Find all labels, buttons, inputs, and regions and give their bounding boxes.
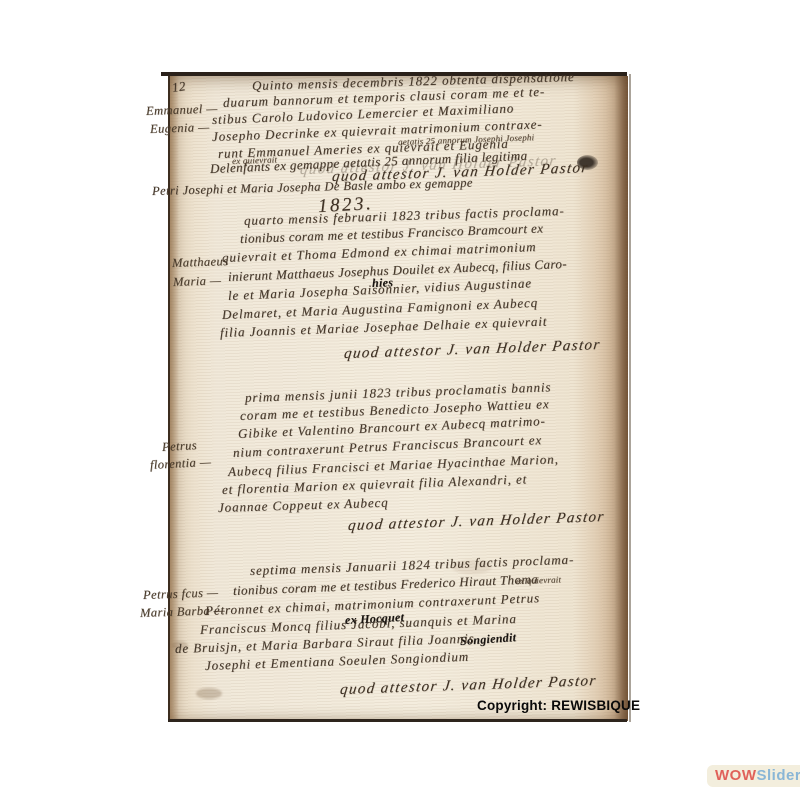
margin-name-bride: Maria — [173, 273, 222, 290]
copyright-watermark: Copyright: REWISBIQUE [477, 698, 640, 713]
page-number: 12 [171, 78, 187, 96]
wowslider-watermark-link[interactable]: WOWSlider [707, 765, 800, 787]
paper-stain [196, 688, 222, 699]
interlinear-note: ex quievrait [516, 574, 561, 586]
wowslider-slider-text: Slider [756, 767, 800, 784]
interlinear-note: ex quievrait [232, 154, 277, 166]
inserted-word: ex Hocquet [345, 610, 405, 628]
margin-name-bride: florentia — [150, 455, 212, 473]
scan-edge-line [629, 74, 631, 722]
page-bottom-edge [168, 719, 627, 722]
margin-name-groom: Petrus [162, 438, 198, 455]
wowslider-wow-text: WOW [715, 767, 756, 784]
margin-name-bride: Eugenia — [150, 120, 210, 137]
margin-name-groom: Matthaeus [172, 254, 229, 271]
margin-name-groom: Emmanuel — [146, 102, 218, 119]
margin-name-groom: Petrus fcus — [143, 585, 219, 603]
overwritten-word: hies [372, 275, 394, 291]
